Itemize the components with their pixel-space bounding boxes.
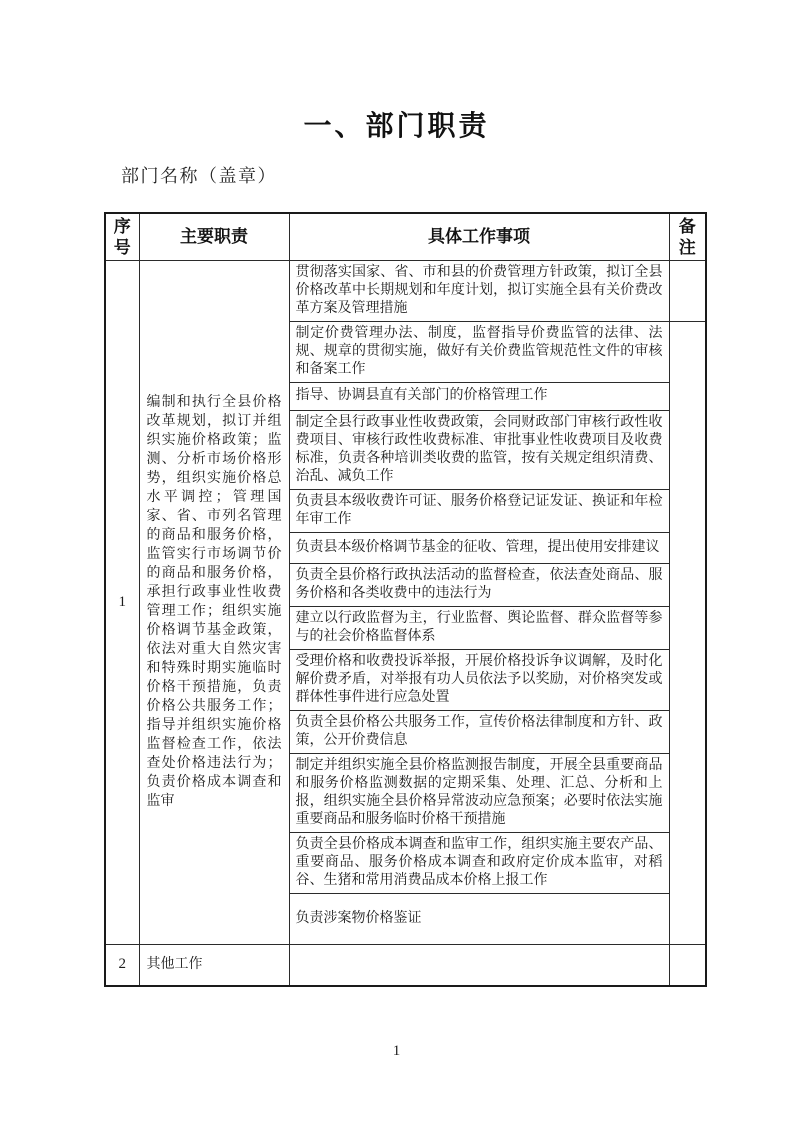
department-name-label: 部门名称（盖章）	[121, 162, 793, 188]
header-cell-index: 序号	[105, 213, 139, 260]
work-item-cell: 制定价费管理办法、制度，监督指导价费监管的法律、法规、规章的贯彻实施，做好有关价…	[289, 321, 669, 382]
remark-cell-main	[669, 321, 706, 944]
work-item-cell: 受理价格和收费投诉举报，开展价格投诉争议调解，及时化解价费矛盾，对举报有功人员依…	[289, 649, 669, 710]
work-item-cell: 负责全县价格行政执法活动的监督检查，依法查处商品、服务价格和各类收费中的违法行为	[289, 563, 669, 606]
work-item-cell: 建立以行政监督为主，行业监督、舆论监督、群众监督等参与的社会价格监督体系	[289, 606, 669, 649]
remark-cell-top	[669, 260, 706, 321]
row2-index: 2	[105, 944, 139, 986]
duties-table: 序号 主要职责 具体工作事项 备注 1 编制和执行全县价格改革规划，拟订并组织实…	[104, 212, 707, 987]
work-item-cell: 指导、协调县直有关部门的价格管理工作	[289, 382, 669, 410]
table-row: 2 其他工作	[105, 944, 706, 986]
work-item-cell: 负责县本级价格调节基金的征收、管理，提出使用安排建议	[289, 532, 669, 563]
table-row: 1 编制和执行全县价格改革规划，拟订并组织实施价格政策；监测、分析市场价格形势，…	[105, 260, 706, 321]
work-item-cell: 制定并组织实施全县价格监测报告制度，开展全县重要商品和服务价格监测数据的定期采集…	[289, 753, 669, 832]
work-item-cell: 负责全县价格公共服务工作，宣传价格法律制度和方针、政策，公开价费信息	[289, 710, 669, 753]
row2-items-cell	[289, 944, 669, 986]
row2-duty: 其他工作	[139, 944, 289, 986]
work-item-cell: 负责涉案物价格鉴证	[289, 893, 669, 944]
page-number: 1	[0, 1043, 793, 1060]
work-item-cell: 贯彻落实国家、省、市和县的价费管理方针政策，拟订全县价格改革中长期规划和年度计划…	[289, 260, 669, 321]
work-item-cell: 负责县本级收费许可证、服务价格登记证发证、换证和年检年审工作	[289, 489, 669, 532]
header-cell-duty: 主要职责	[139, 213, 289, 260]
work-item-cell: 制定全县行政事业性收费政策，会同财政部门审核行政性收费项目、审核行政性收费标准、…	[289, 410, 669, 489]
row2-remark-cell	[669, 944, 706, 986]
header-cell-remark: 备注	[669, 213, 706, 260]
work-item-cell: 负责全县价格成本调查和监审工作，组织实施主要农产品、重要商品、服务价格成本调查和…	[289, 832, 669, 893]
row1-index: 1	[105, 260, 139, 944]
table-header-row: 序号 主要职责 具体工作事项 备注	[105, 213, 706, 260]
page-title: 一、部门职责	[0, 104, 793, 144]
row1-duty: 编制和执行全县价格改革规划，拟订并组织实施价格政策；监测、分析市场价格形势，组织…	[139, 260, 289, 944]
header-cell-items: 具体工作事项	[289, 213, 669, 260]
